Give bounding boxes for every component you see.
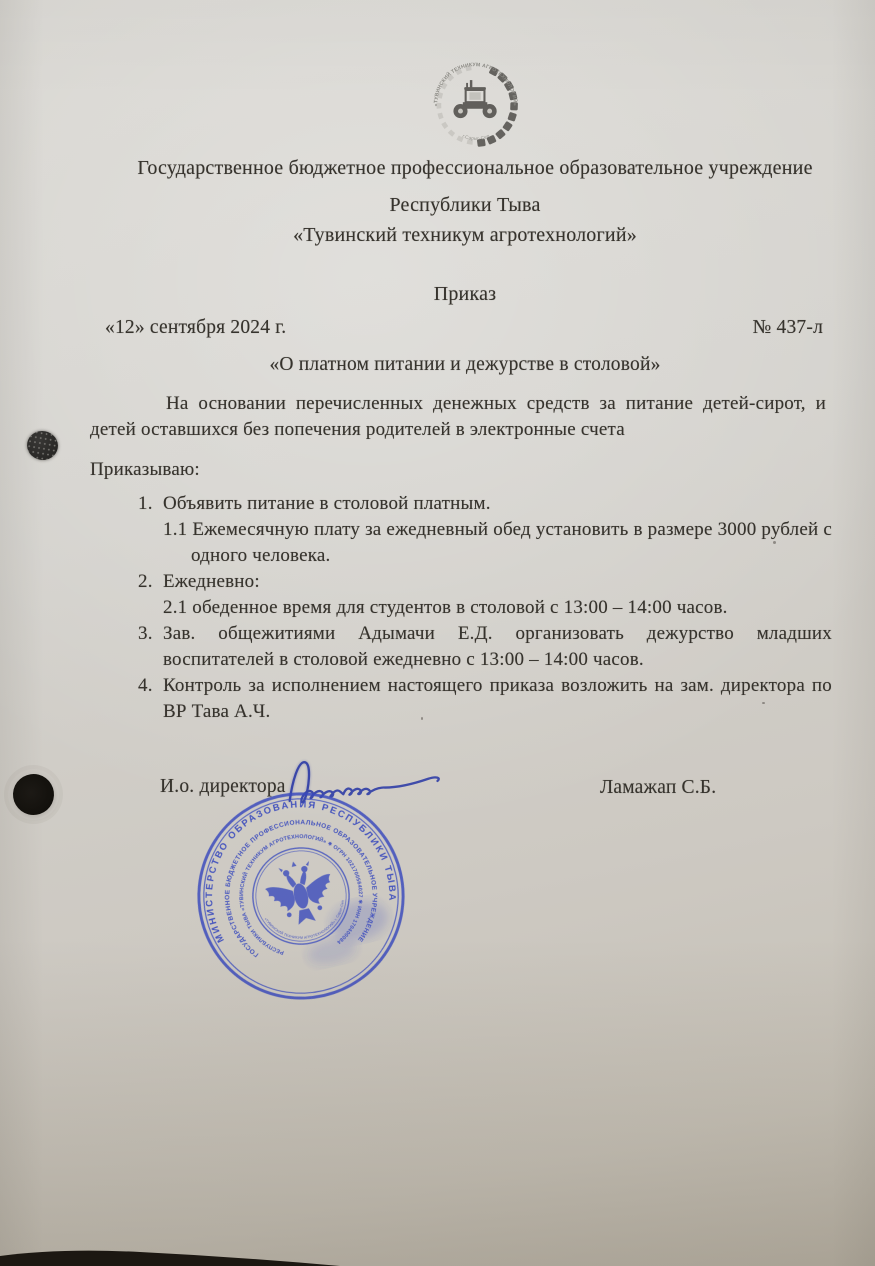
paper-speck: [421, 717, 423, 720]
directive-word: Приказываю:: [90, 457, 200, 483]
paper-speck: [773, 541, 776, 544]
list-item-number: 1.: [138, 491, 163, 517]
punch-hole-bottom: [10, 771, 56, 817]
list-item: 4. Контроль за исполнением настоящего пр…: [138, 673, 832, 725]
list-item-text: Зав. общежитиями Адымачи Е.Д. организова…: [163, 621, 832, 673]
institution-logo: «ТУВИНСКИЙ ТЕХНИКУМ АГРОТЕХНОЛОГИЙ» г.Са…: [429, 58, 523, 152]
document-type-title: Приказ: [100, 283, 830, 306]
list-item: 2. Ежедневно:: [138, 569, 832, 595]
institution-logo-icon: «ТУВИНСКИЙ ТЕХНИКУМ АГРОТЕХНОЛОГИЙ» г.Са…: [429, 58, 523, 152]
paper-edge-shadow: [0, 1246, 360, 1266]
date-number-row: «12» сентября 2024 г. № 437-л: [105, 317, 823, 339]
list-item-number: 4.: [138, 673, 163, 725]
list-subitem: 2.1 обеденное время для студентов в стол…: [163, 595, 832, 621]
order-date: «12» сентября 2024 г.: [105, 317, 286, 339]
punch-hole-top: [25, 429, 61, 463]
eagle-emblem-icon: [261, 854, 340, 930]
list-item-text: Контроль за исполнением настоящего прика…: [163, 673, 832, 725]
list-item-number: 3.: [138, 621, 163, 673]
signer-name: Ламажап С.Б.: [600, 777, 716, 799]
logo-city-label: г.Сарыг-Сеп: [462, 133, 491, 141]
preamble-paragraph: На основании перечисленных денежных сред…: [90, 391, 826, 443]
list-item-text: Объявить питание в столовой платным.: [163, 491, 832, 517]
order-items-list: 1. Объявить питание в столовой платным. …: [138, 491, 832, 725]
institution-name-line2: Республики Тыва: [100, 194, 830, 217]
institution-name-line3: «Тувинский техникум агротехнологий»: [100, 224, 830, 247]
order-subject: «О платном питании и дежурстве в столово…: [100, 354, 830, 376]
tractor-icon: [453, 80, 496, 118]
list-item: 3. Зав. общежитиями Адымачи Е.Д. организ…: [138, 621, 832, 673]
scanned-order-document: «ТУВИНСКИЙ ТЕХНИКУМ АГРОТЕХНОЛОГИЙ» г.Са…: [0, 0, 875, 1266]
list-subitem: 1.1 Ежемесячную плату за ежедневный обед…: [163, 517, 832, 569]
list-item: 1. Объявить питание в столовой платным.: [138, 491, 832, 517]
order-number: № 437-л: [753, 317, 823, 339]
institution-name-line1: Государственное бюджетное профессиональн…: [115, 157, 835, 180]
paper-speck: [762, 702, 765, 704]
list-item-number: 2.: [138, 569, 163, 595]
list-item-text: Ежедневно:: [163, 569, 832, 595]
